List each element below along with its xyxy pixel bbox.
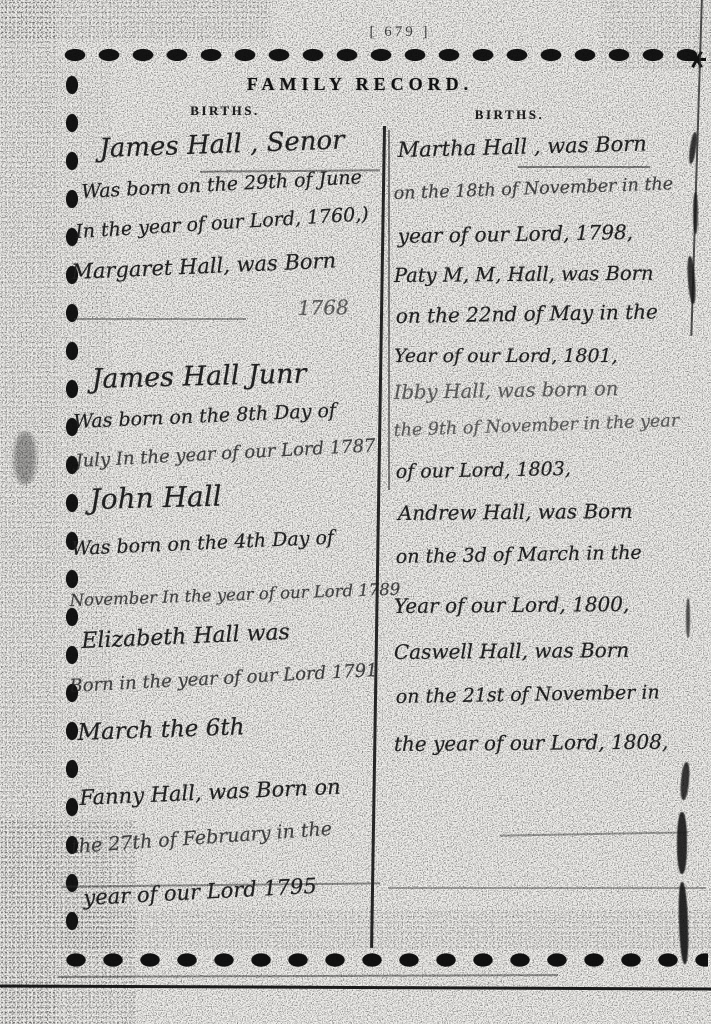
record-line: Elizabeth Hall was <box>81 620 290 654</box>
record-line: Andrew Hall, was Born <box>398 499 633 525</box>
record-line: James Hall , Senor <box>99 125 345 164</box>
record-line: James Hall Junr <box>91 358 307 395</box>
bottom-border-ornament <box>58 946 708 974</box>
record-line: on the 18th of November in the <box>393 174 673 204</box>
record-line: November In the year of our Lord 1789 <box>69 579 400 610</box>
record-line: Paty M, M, Hall, was Born <box>394 262 654 287</box>
record-line: March the 6th <box>77 714 245 746</box>
record-line: Was born on the 4th Day of <box>71 527 334 560</box>
record-line: July In the year of our Lord 1787 <box>75 435 376 472</box>
record-line: Caswell Hall, was Born <box>394 638 630 664</box>
record-line: year of our Lord, 1798, <box>398 220 634 248</box>
record-line: the 27th of February in the <box>70 818 332 858</box>
record-line: the year of our Lord, 1808, <box>394 730 669 756</box>
column-divider-line <box>370 126 385 948</box>
record-line: year of our Lord 1795 <box>83 874 318 910</box>
record-line: Margaret Hall, was Born <box>71 248 337 284</box>
rule-line <box>500 831 688 836</box>
record-line: Ibby Hall, was born on <box>394 377 619 404</box>
ink-blot <box>686 598 690 638</box>
record-line: In the year of our Lord, 1760,) <box>75 203 370 243</box>
column-divider-line <box>388 130 390 490</box>
page-title: FAMILY RECORD. <box>40 74 680 95</box>
record-line: on the 22nd of May in the <box>396 299 659 328</box>
births-header-right: BIRTHS. <box>392 107 627 123</box>
record-line: Year of our Lord, 1801, <box>394 345 618 367</box>
record-line: on the 3d of March in the <box>396 542 642 568</box>
page-number: [ 679 ] <box>80 24 711 41</box>
ink-blot <box>679 762 690 801</box>
rule-line <box>518 166 650 168</box>
record-line: Born in the year of our Lord 1791 <box>69 660 378 697</box>
record-line: Was born on the 8th Day of <box>73 400 336 433</box>
births-header-left: BIRTHS. <box>70 103 380 119</box>
ink-blot <box>677 812 687 874</box>
top-border-ornament <box>58 43 700 67</box>
rule-line <box>74 318 246 320</box>
rule-line <box>388 887 706 889</box>
rule-line <box>58 974 558 977</box>
family-record-page: [ 679 ] FAMILY RECORD. BIRTHS. BIRTHS. J… <box>0 0 711 1024</box>
record-line: John Hall <box>89 480 222 516</box>
record-line: Year of our Lord, 1800, <box>394 592 630 618</box>
corner-star-ornament <box>688 58 706 61</box>
speckle-patch <box>0 0 55 1024</box>
record-line: of our Lord, 1803, <box>396 458 571 483</box>
speckle-patch <box>60 910 711 950</box>
ink-blot <box>693 192 698 234</box>
ink-blot <box>686 256 696 304</box>
record-line: on the 21st of November in <box>396 681 660 708</box>
record-line: Martha Hall , was Born <box>397 131 647 162</box>
ink-blot <box>14 432 36 484</box>
record-line: Fanny Hall, was Born on <box>79 775 341 810</box>
record-line: the 9th of November in the year <box>393 411 679 441</box>
record-line: 1768 <box>298 295 349 320</box>
page-bottom-line <box>0 984 711 990</box>
